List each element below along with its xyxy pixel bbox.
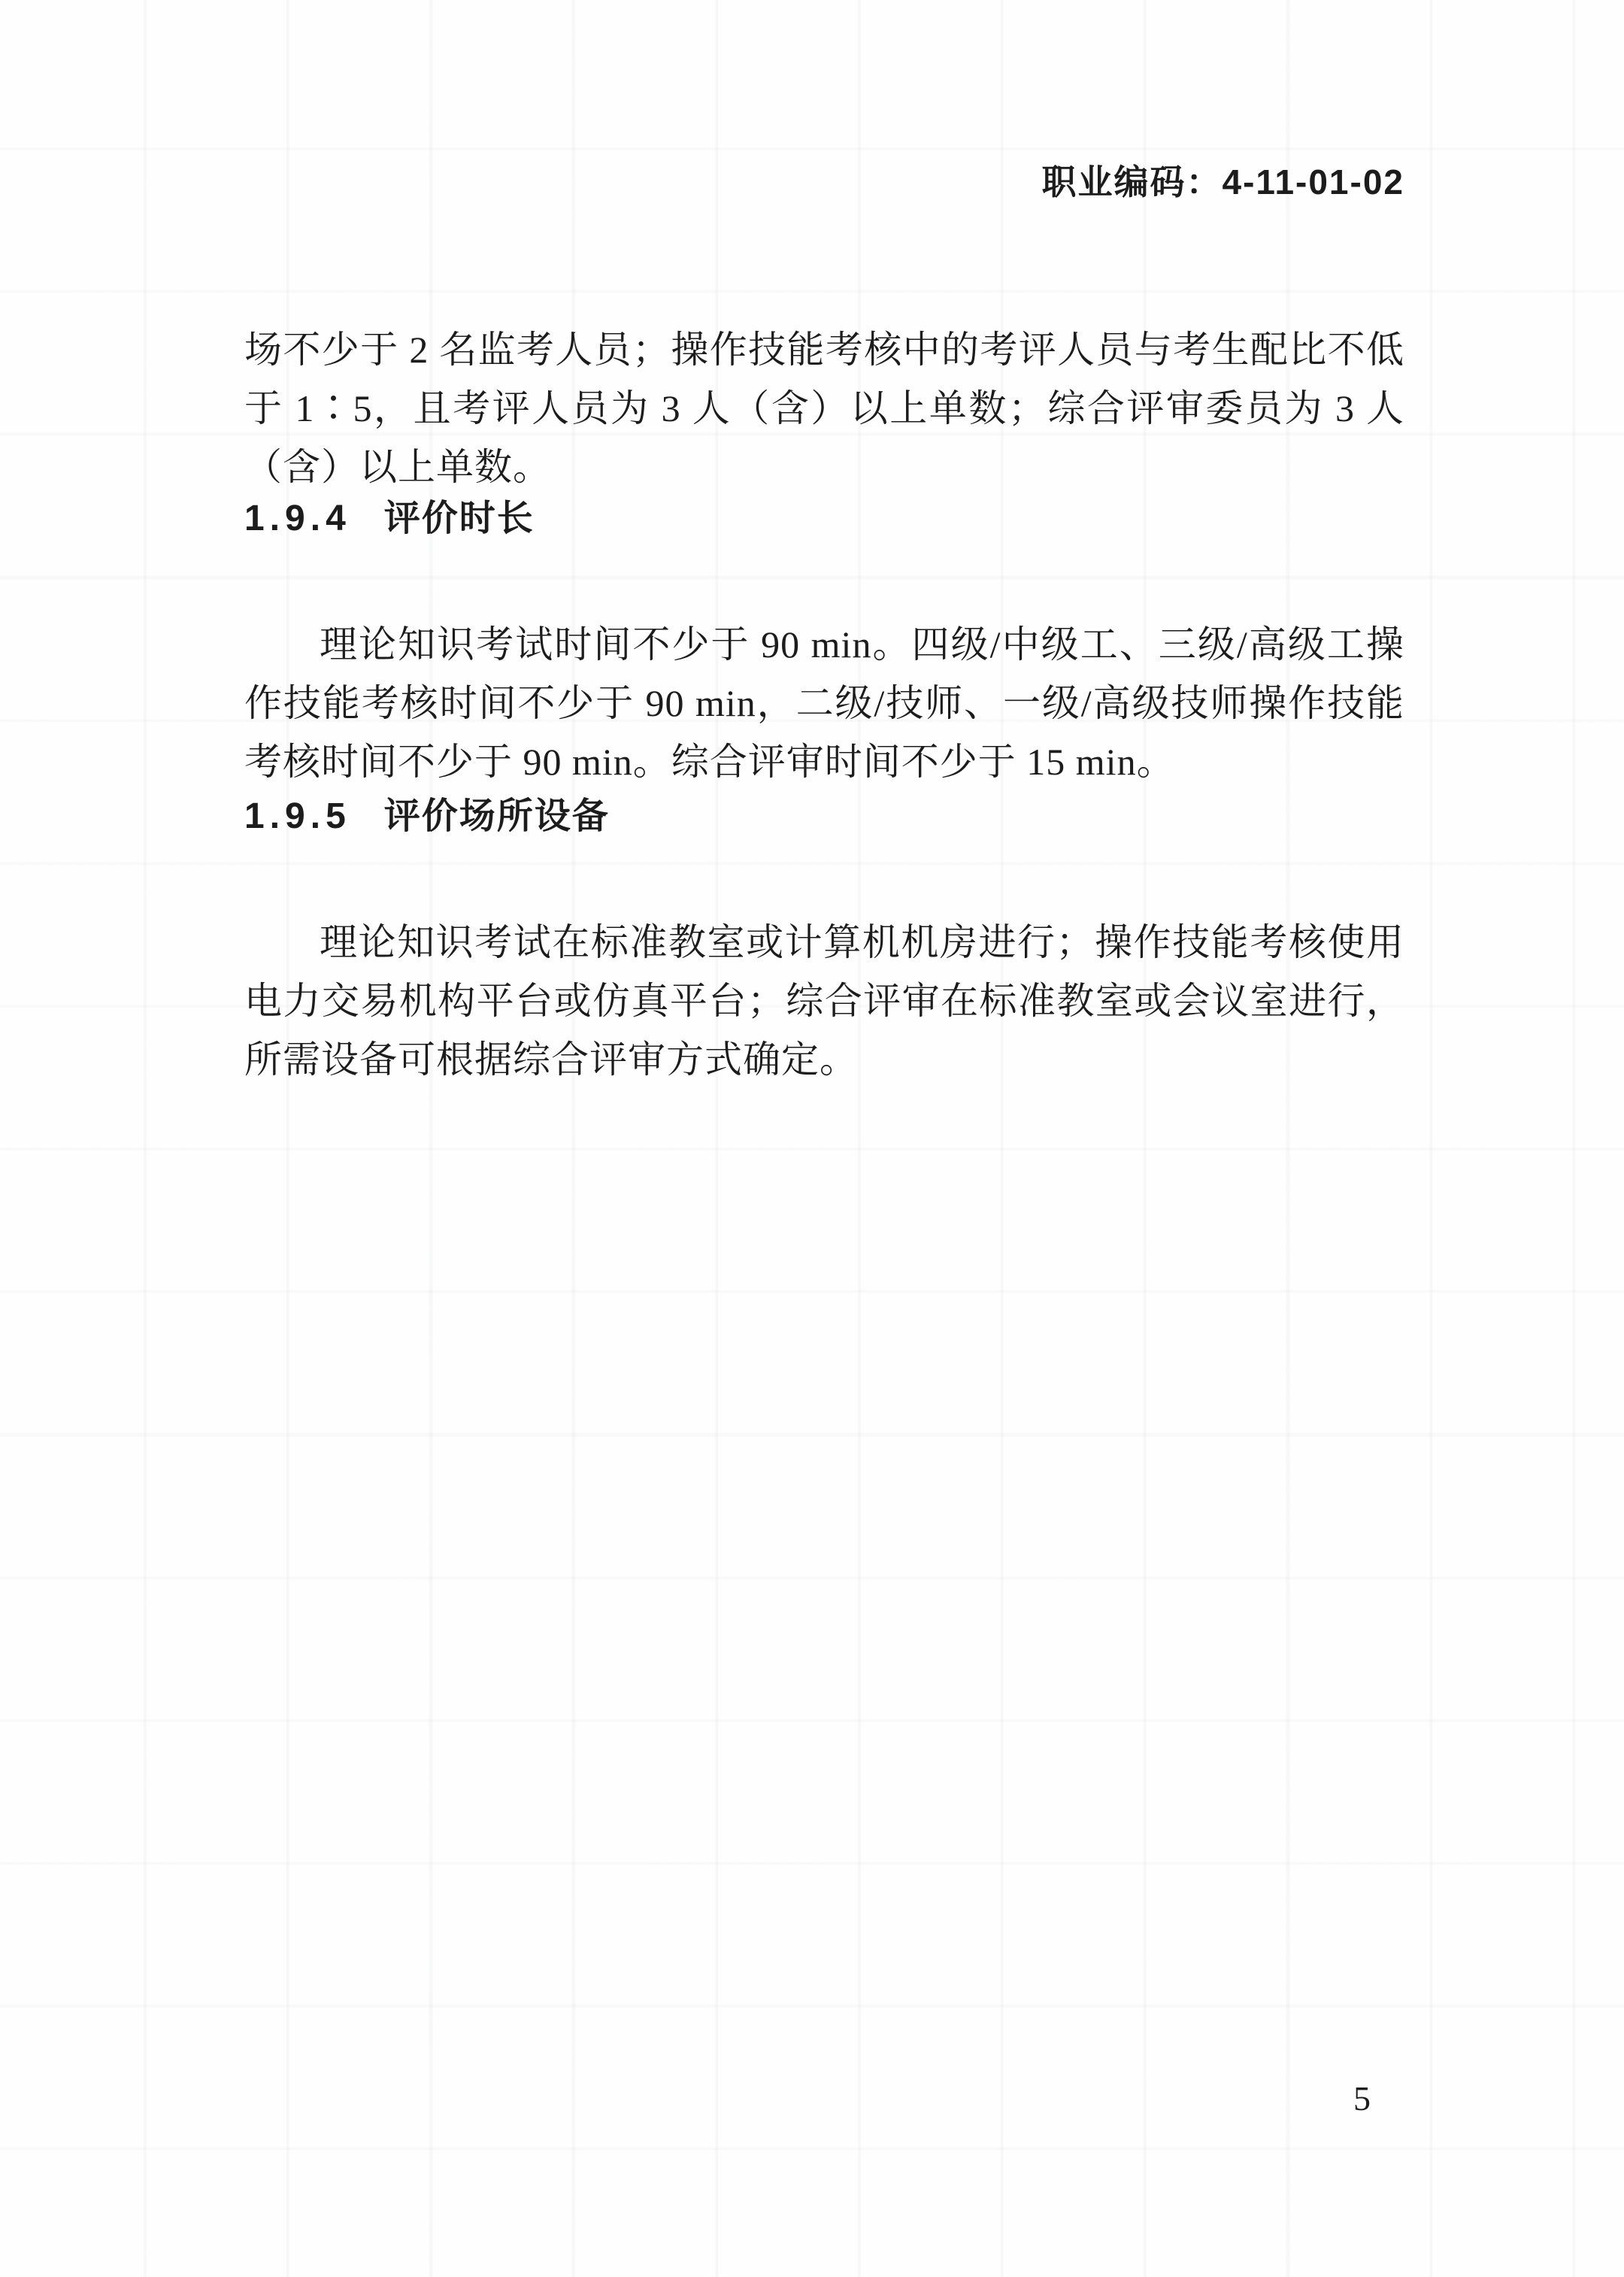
section-body-1-9-4: 理论知识考试时间不少于 90 min。四级/中级工、三级/高级工操作技能考核时间… (244, 615, 1404, 791)
document-page: 职业编码：4-11-01-02 场不少于 2 名监考人员；操作技能考核中的考评人… (0, 0, 1624, 2277)
paragraph-continuation: 场不少于 2 名监考人员；操作技能考核中的考评人员与考生配比不低于 1∶5，且考… (244, 320, 1404, 496)
section-title: 评价场所设备 (384, 796, 610, 836)
section-title: 评价时长 (384, 499, 535, 538)
occupation-code-header: 职业编码：4-11-01-02 (1042, 155, 1405, 205)
section-number: 1.9.5 (244, 796, 351, 836)
section-body-1-9-5: 理论知识考试在标准教室或计算机机房进行；操作技能考核使用电力交易机构平台或仿真平… (244, 913, 1404, 1089)
section-heading-1-9-4: 1.9.4评价时长 (244, 498, 1404, 540)
page-number: 5 (1353, 2078, 1371, 2118)
section-heading-1-9-5: 1.9.5评价场所设备 (244, 796, 1404, 838)
section-number: 1.9.4 (244, 499, 351, 538)
